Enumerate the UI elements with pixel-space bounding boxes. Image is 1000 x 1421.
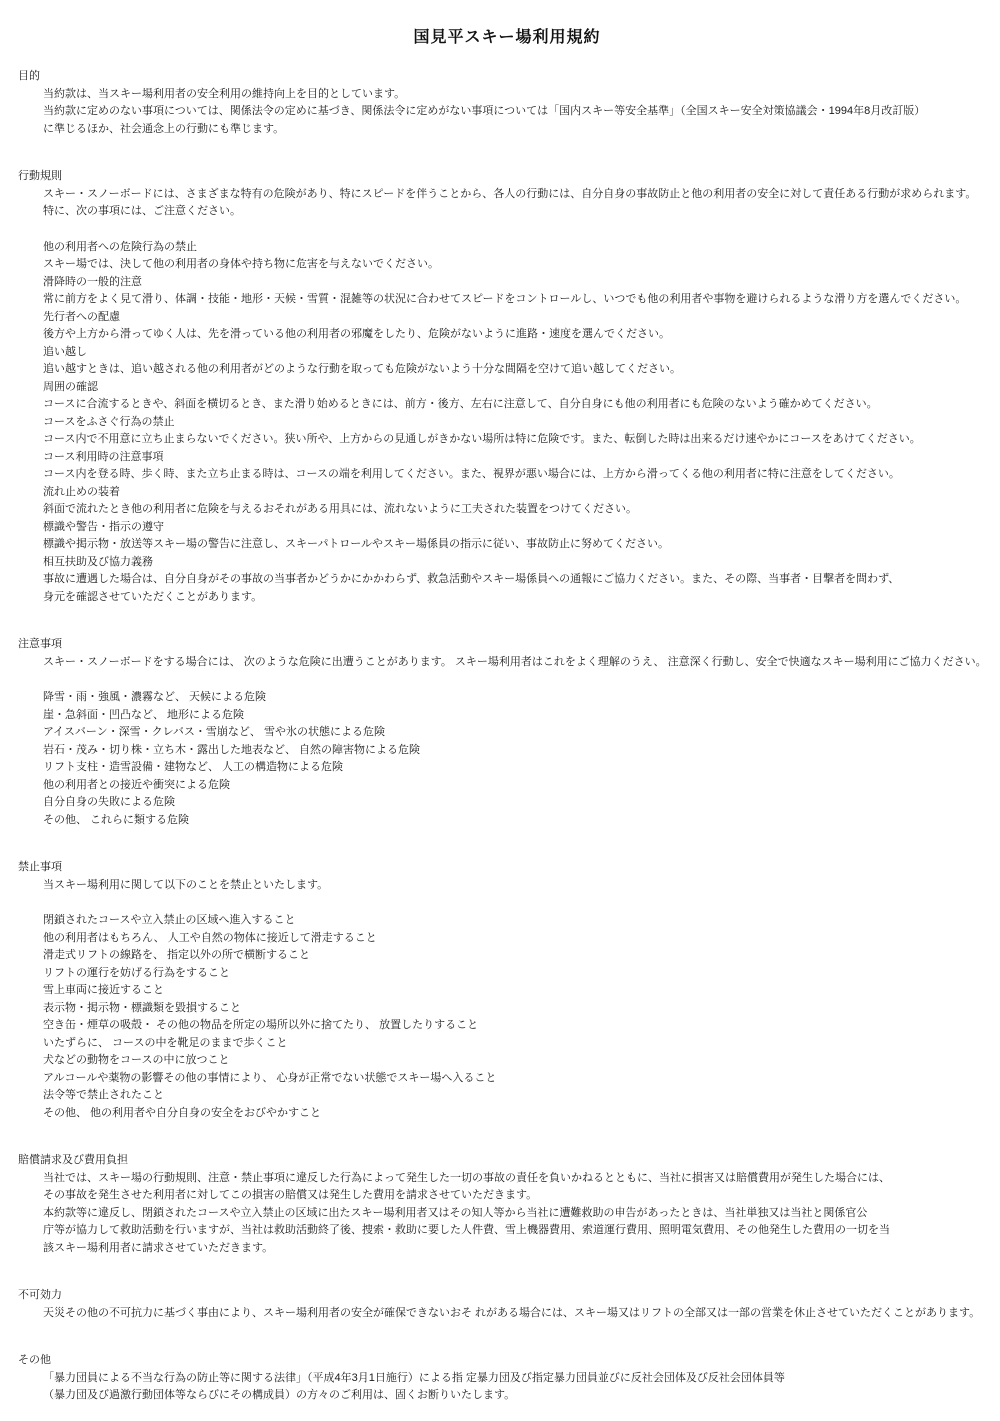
- text-line: 当社では、スキー場の行動規則、注意・禁止事項に違反した行為によって発生した一切の…: [43, 1170, 996, 1188]
- section-heading: その他: [18, 1352, 996, 1370]
- text-line: コース内を登る時、歩く時、また立ち止まる時は、コースの端を利用してください。また…: [43, 466, 996, 484]
- text-line: 該スキー場利用者に請求させていただきます。: [43, 1240, 996, 1258]
- text-line: コースをふさぐ行為の禁止: [43, 414, 996, 432]
- text-line: 他の利用者はもちろん、 人工や自然の物体に接近して滑走すること: [43, 930, 996, 948]
- text-line: リフトの運行を妨げる行為をすること: [43, 965, 996, 983]
- text-line: リフト支柱・造雪設備・建物など、 人工の構造物による危険: [43, 759, 996, 777]
- text-line: 追い越すときは、追い越される他の利用者がどのような行動を取っても危険がないよう十…: [43, 361, 996, 379]
- text-line: 庁等が協力して救助活動を行いますが、当社は救助活動終了後、捜索・救助に要した人件…: [43, 1222, 996, 1240]
- text-line: 雪上車両に接近すること: [43, 982, 996, 1000]
- text-line: コースに合流するときや、斜面を横切るとき、また滑り始めるときには、前方・後方、左…: [43, 396, 996, 414]
- text-line: 標識や警告・指示の遵守: [43, 519, 996, 537]
- section: 注意事項スキー・スノーボードをする場合には、 次のような危険に出遭うことがありま…: [18, 636, 996, 829]
- section: 禁止事項当スキー場利用に関して以下のことを禁止といたします。閉鎖されたコースや立…: [18, 859, 996, 1122]
- text-line: 当スキー場利用に関して以下のことを禁止といたします。: [43, 877, 996, 895]
- text-line: 相互扶助及び協力義務: [43, 554, 996, 572]
- section: 賠償請求及び費用負担当社では、スキー場の行動規則、注意・禁止事項に違反した行為に…: [18, 1152, 996, 1257]
- text-line: いたずらに、 コースの中を靴足のままで歩くこと: [43, 1035, 996, 1053]
- paragraph-block: 当社では、スキー場の行動規則、注意・禁止事項に違反した行為によって発生した一切の…: [18, 1170, 996, 1258]
- text-line: 標識や掲示物・放送等スキー場の警告に注意し、スキーパトロールやスキー場係員の指示…: [43, 536, 996, 554]
- text-line: 「暴力団員による不当な行為の防止等に関する法律」（平成4年3月1日施行）による指…: [43, 1370, 996, 1388]
- text-line: 天災その他の不可抗力に基づく事由により、スキー場利用者の安全が確保できないおそ …: [43, 1305, 996, 1323]
- document-body: 目的当約款は、当スキー場利用者の安全利用の維持向上を目的としています。当約款に定…: [18, 68, 996, 1405]
- text-line: 空き缶・煙草の吸殻・ その他の物品を所定の場所以外に捨てたり、 放置したりするこ…: [43, 1017, 996, 1035]
- text-line: 法令等で禁止されたこと: [43, 1087, 996, 1105]
- text-line: スキー・スノーボードをする場合には、 次のような危険に出遭うことがあります。 ス…: [43, 654, 996, 672]
- text-line: 先行者への配慮: [43, 309, 996, 327]
- text-line: 他の利用者との接近や衝突による危険: [43, 777, 996, 795]
- text-line: その他、 他の利用者や自分自身の安全をおびやかすこと: [43, 1105, 996, 1123]
- text-line: 閉鎖されたコースや立入禁止の区域へ進入すること: [43, 912, 996, 930]
- paragraph-block: 他の利用者への危険行為の禁止スキー場では、決して他の利用者の身体や持ち物に危害を…: [18, 239, 996, 607]
- text-line: 自分自身の失敗による危険: [43, 794, 996, 812]
- text-line: その他、 これらに類する危険: [43, 812, 996, 830]
- text-line: 常に前方をよく見て滑り、体調・技能・地形・天候・雪質・混雑等の状況に合わせてスピ…: [43, 291, 996, 309]
- text-line: 滑走式リフトの線路を、 指定以外の所で横断すること: [43, 947, 996, 965]
- section: 行動規則スキー・スノーボードには、さまざまな特有の危険があり、特にスピードを伴う…: [18, 168, 996, 606]
- text-line: 降雪・雨・強風・濃霧など、 天候による危険: [43, 689, 996, 707]
- text-line: 特に、次の事項には、ご注意ください。: [43, 203, 996, 221]
- text-line: 事故に遭遇した場合は、自分自身がその事故の当事者かどうかにかかわらず、救急活動や…: [43, 571, 996, 589]
- section-heading: 目的: [18, 68, 996, 86]
- paragraph-block: スキー・スノーボードには、さまざまな特有の危険があり、特にスピードを伴うことから…: [18, 186, 996, 221]
- text-line: コース内で不用意に立ち止まらないでください。狭い所や、上方からの見通しがきかない…: [43, 431, 996, 449]
- paragraph-block: 閉鎖されたコースや立入禁止の区域へ進入すること他の利用者はもちろん、 人工や自然…: [18, 912, 996, 1122]
- text-line: 身元を確認させていただくことがあります。: [43, 589, 996, 607]
- paragraph-block: 「暴力団員による不当な行為の防止等に関する法律」（平成4年3月1日施行）による指…: [18, 1370, 996, 1405]
- section: その他「暴力団員による不当な行為の防止等に関する法律」（平成4年3月1日施行）に…: [18, 1352, 996, 1405]
- section-heading: 禁止事項: [18, 859, 996, 877]
- text-line: 後方や上方から滑ってゆく人は、先を滑っている他の利用者の邪魔をしたり、危険がない…: [43, 326, 996, 344]
- section-heading: 賠償請求及び費用負担: [18, 1152, 996, 1170]
- text-line: 他の利用者への危険行為の禁止: [43, 239, 996, 257]
- section: 目的当約款は、当スキー場利用者の安全利用の維持向上を目的としています。当約款に定…: [18, 68, 996, 138]
- document-title: 国見平スキー場利用規約: [18, 28, 996, 48]
- text-line: 周囲の確認: [43, 379, 996, 397]
- text-line: （暴力団及び過激行動団体等ならびにその構成員）の方々のご利用は、固くお断りいたし…: [43, 1387, 996, 1405]
- text-line: 斜面で流れたとき他の利用者に危険を与えるおそれがある用具には、流れないように工夫…: [43, 501, 996, 519]
- paragraph-block: 降雪・雨・強風・濃霧など、 天候による危険崖・急斜面・凹凸など、 地形による危険…: [18, 689, 996, 829]
- text-line: 崖・急斜面・凹凸など、 地形による危険: [43, 707, 996, 725]
- paragraph-block: スキー・スノーボードをする場合には、 次のような危険に出遭うことがあります。 ス…: [18, 654, 996, 672]
- text-line: コース利用時の注意事項: [43, 449, 996, 467]
- text-line: 本約款等に違反し、閉鎖されたコースや立入禁止の区域に出たスキー場利用者又はその知…: [43, 1205, 996, 1223]
- text-line: 犬などの動物をコースの中に放つこと: [43, 1052, 996, 1070]
- text-line: アルコールや薬物の影響その他の事情により、 心身が正常でない状態でスキー場へ入る…: [43, 1070, 996, 1088]
- text-line: 当約款に定めのない事項については、関係法令の定めに基づき、関係法令に定めがない事…: [43, 103, 996, 121]
- text-line: アイスバーン・深雪・クレバス・雪崩など、 雪や氷の状態による危険: [43, 724, 996, 742]
- text-line: 当約款は、当スキー場利用者の安全利用の維持向上を目的としています。: [43, 86, 996, 104]
- text-line: 流れ止めの装着: [43, 484, 996, 502]
- paragraph-block: 当約款は、当スキー場利用者の安全利用の維持向上を目的としています。当約款に定めの…: [18, 86, 996, 139]
- text-line: に準じるほか、社会通念上の行動にも準じます。: [43, 121, 996, 139]
- paragraph-block: 天災その他の不可抗力に基づく事由により、スキー場利用者の安全が確保できないおそ …: [18, 1305, 996, 1323]
- text-line: スキー・スノーボードには、さまざまな特有の危険があり、特にスピードを伴うことから…: [43, 186, 996, 204]
- text-line: 表示物・掲示物・標識類を毀損すること: [43, 1000, 996, 1018]
- paragraph-block: 当スキー場利用に関して以下のことを禁止といたします。: [18, 877, 996, 895]
- text-line: スキー場では、決して他の利用者の身体や持ち物に危害を与えないでください。: [43, 256, 996, 274]
- section-heading: 不可効力: [18, 1287, 996, 1305]
- section-heading: 注意事項: [18, 636, 996, 654]
- section: 不可効力天災その他の不可抗力に基づく事由により、スキー場利用者の安全が確保できな…: [18, 1287, 996, 1322]
- section-heading: 行動規則: [18, 168, 996, 186]
- text-line: その事故を発生させた利用者に対してこの損害の賠償又は発生した費用を請求させていた…: [43, 1187, 996, 1205]
- text-line: 滑降時の一般的注意: [43, 274, 996, 292]
- document-page: 国見平スキー場利用規約 目的当約款は、当スキー場利用者の安全利用の維持向上を目的…: [0, 0, 1000, 1421]
- text-line: 追い越し: [43, 344, 996, 362]
- text-line: 岩石・茂み・切り株・立ち木・露出した地表など、 自然の障害物による危険: [43, 742, 996, 760]
